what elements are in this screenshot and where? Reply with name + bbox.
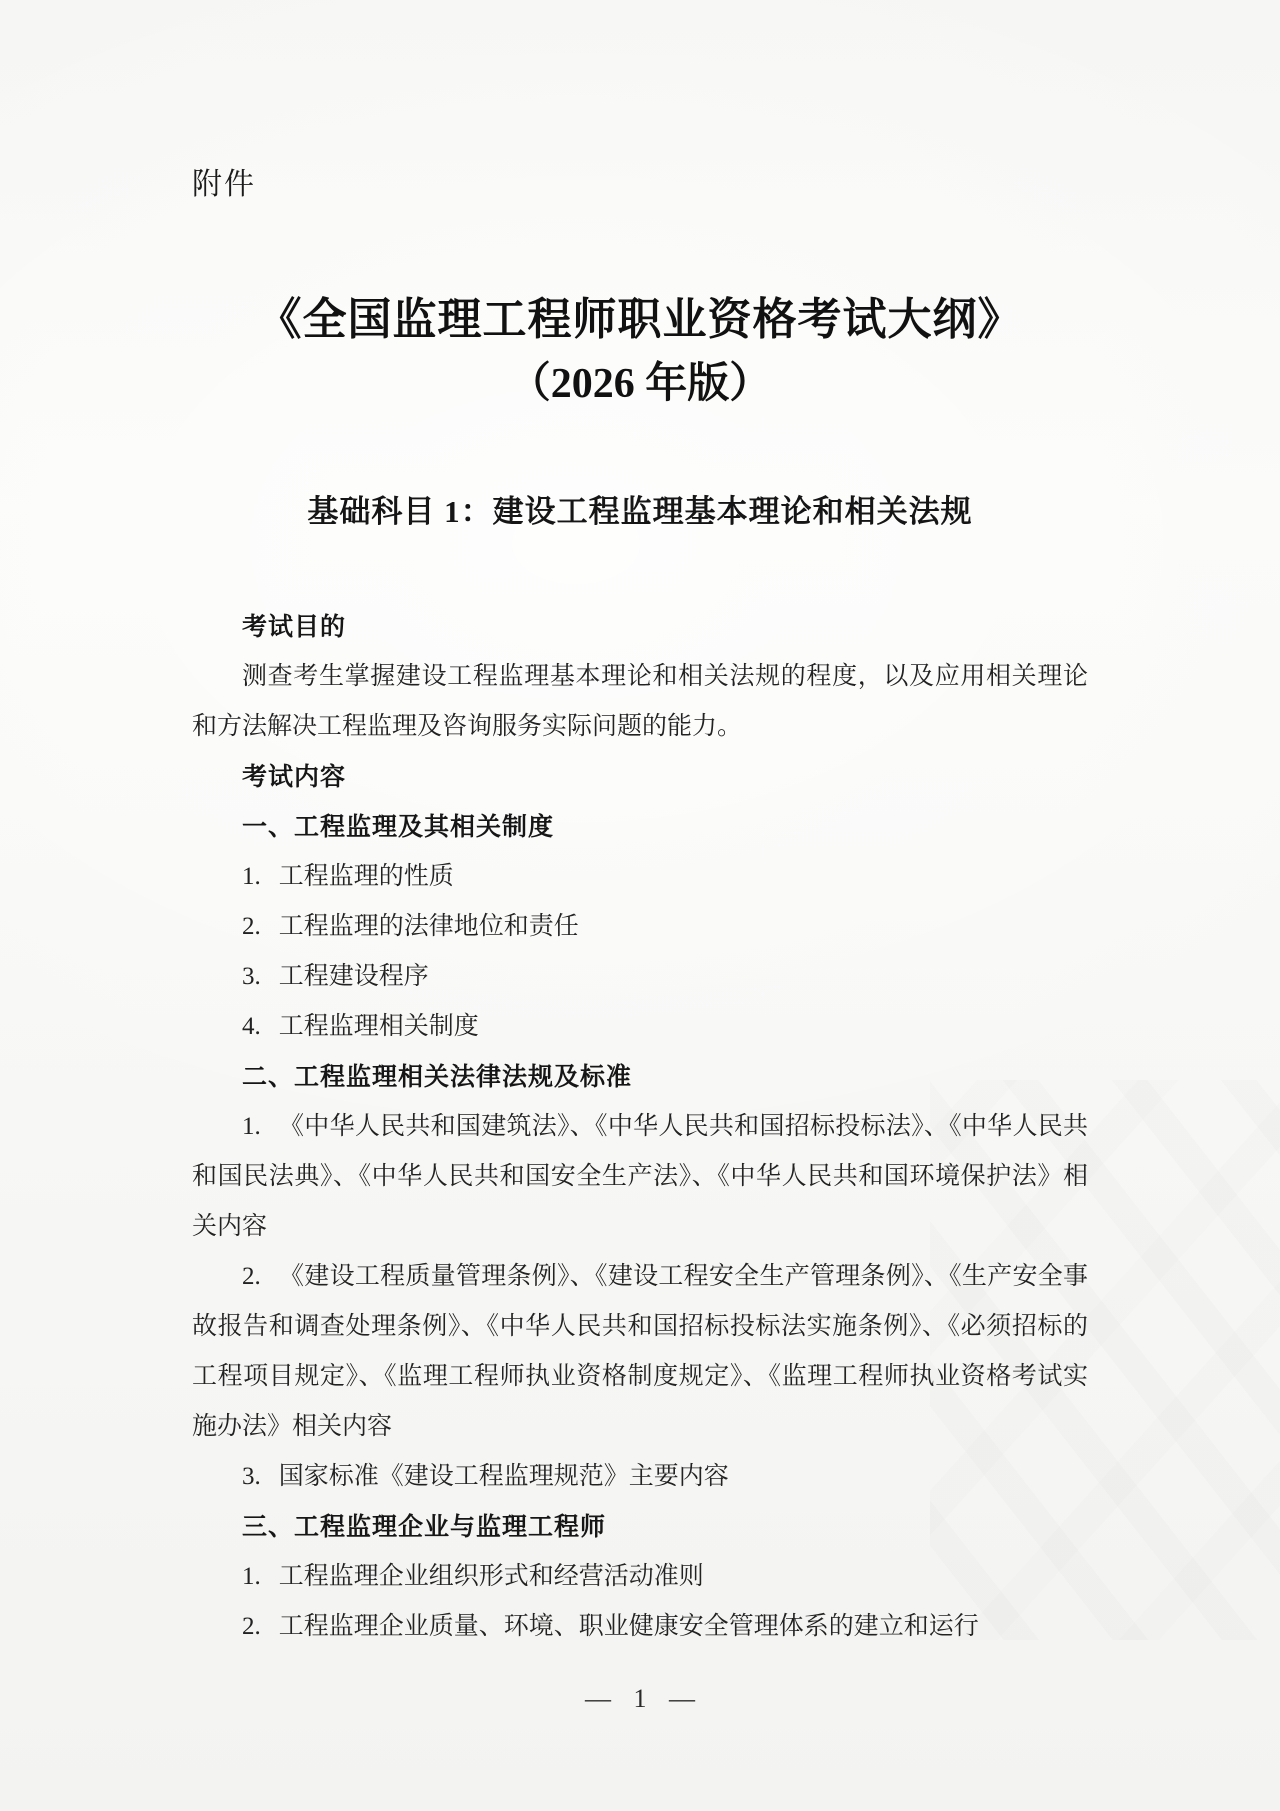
page-number: — 1 —: [0, 1684, 1280, 1714]
list-item: 1.工程监理的性质: [242, 852, 1088, 902]
item-number: 4.: [242, 1013, 261, 1040]
section-heading: 二、工程监理相关法律法规及标准: [242, 1052, 1088, 1102]
document-body: 考试目的 测查考生掌握建设工程监理基本理论和相关法规的程度，以及应用相关理论和方…: [192, 602, 1088, 1652]
item-text: 《中华人民共和国建筑法》、《中华人民共和国招标投标法》、《中华人民共和国民法典》…: [192, 1113, 1088, 1240]
item-text: 工程监理相关制度: [279, 1013, 479, 1040]
list-item: 2.《建设工程质量管理条例》、《建设工程安全生产管理条例》、《生产安全事故报告和…: [192, 1252, 1088, 1452]
item-text: 《建设工程质量管理条例》、《建设工程安全生产管理条例》、《生产安全事故报告和调查…: [192, 1263, 1088, 1440]
item-text: 工程监理的性质: [279, 863, 454, 890]
item-text: 工程监理企业质量、环境、职业健康安全管理体系的建立和运行: [279, 1613, 979, 1640]
item-text: 国家标准《建设工程监理规范》主要内容: [279, 1463, 729, 1490]
item-number: 2.: [242, 1613, 261, 1640]
section-heading: 三、工程监理企业与监理工程师: [242, 1502, 1088, 1552]
item-number: 1.: [242, 1563, 261, 1590]
item-number: 3.: [242, 963, 261, 990]
list-item: 2.工程监理的法律地位和责任: [242, 902, 1088, 952]
item-text: 工程监理企业组织形式和经营活动准则: [279, 1563, 704, 1590]
item-number: 1.: [242, 1113, 261, 1140]
item-text: 工程建设程序: [279, 963, 429, 990]
list-item: 1.工程监理企业组织形式和经营活动准则: [242, 1552, 1088, 1602]
list-item: 1.《中华人民共和国建筑法》、《中华人民共和国招标投标法》、《中华人民共和国民法…: [192, 1102, 1088, 1252]
list-item: 2.工程监理企业质量、环境、职业健康安全管理体系的建立和运行: [242, 1602, 1088, 1652]
list-item: 4.工程监理相关制度: [242, 1002, 1088, 1052]
exam-content-heading: 考试内容: [242, 752, 1088, 802]
list-item: 3.国家标准《建设工程监理规范》主要内容: [242, 1452, 1088, 1502]
document-subtitle: （2026 年版）: [0, 360, 1280, 408]
list-item: 3.工程建设程序: [242, 952, 1088, 1002]
attachment-label: 附件: [192, 168, 1280, 202]
item-number: 1.: [242, 863, 261, 890]
subject-heading: 基础科目 1：建设工程监理基本理论和相关法规: [0, 494, 1280, 530]
exam-purpose-paragraph: 测查考生掌握建设工程监理基本理论和相关法规的程度，以及应用相关理论和方法解决工程…: [192, 652, 1088, 752]
item-number: 2.: [242, 913, 261, 940]
item-number: 2.: [242, 1263, 261, 1290]
exam-purpose-heading: 考试目的: [242, 602, 1088, 652]
item-number: 3.: [242, 1463, 261, 1490]
document-title: 《全国监理工程师职业资格考试大纲》: [0, 296, 1280, 344]
document-page: 附件 《全国监理工程师职业资格考试大纲》 （2026 年版） 基础科目 1：建设…: [0, 0, 1280, 1811]
item-text: 工程监理的法律地位和责任: [279, 913, 579, 940]
section-heading: 一、工程监理及其相关制度: [242, 802, 1088, 852]
